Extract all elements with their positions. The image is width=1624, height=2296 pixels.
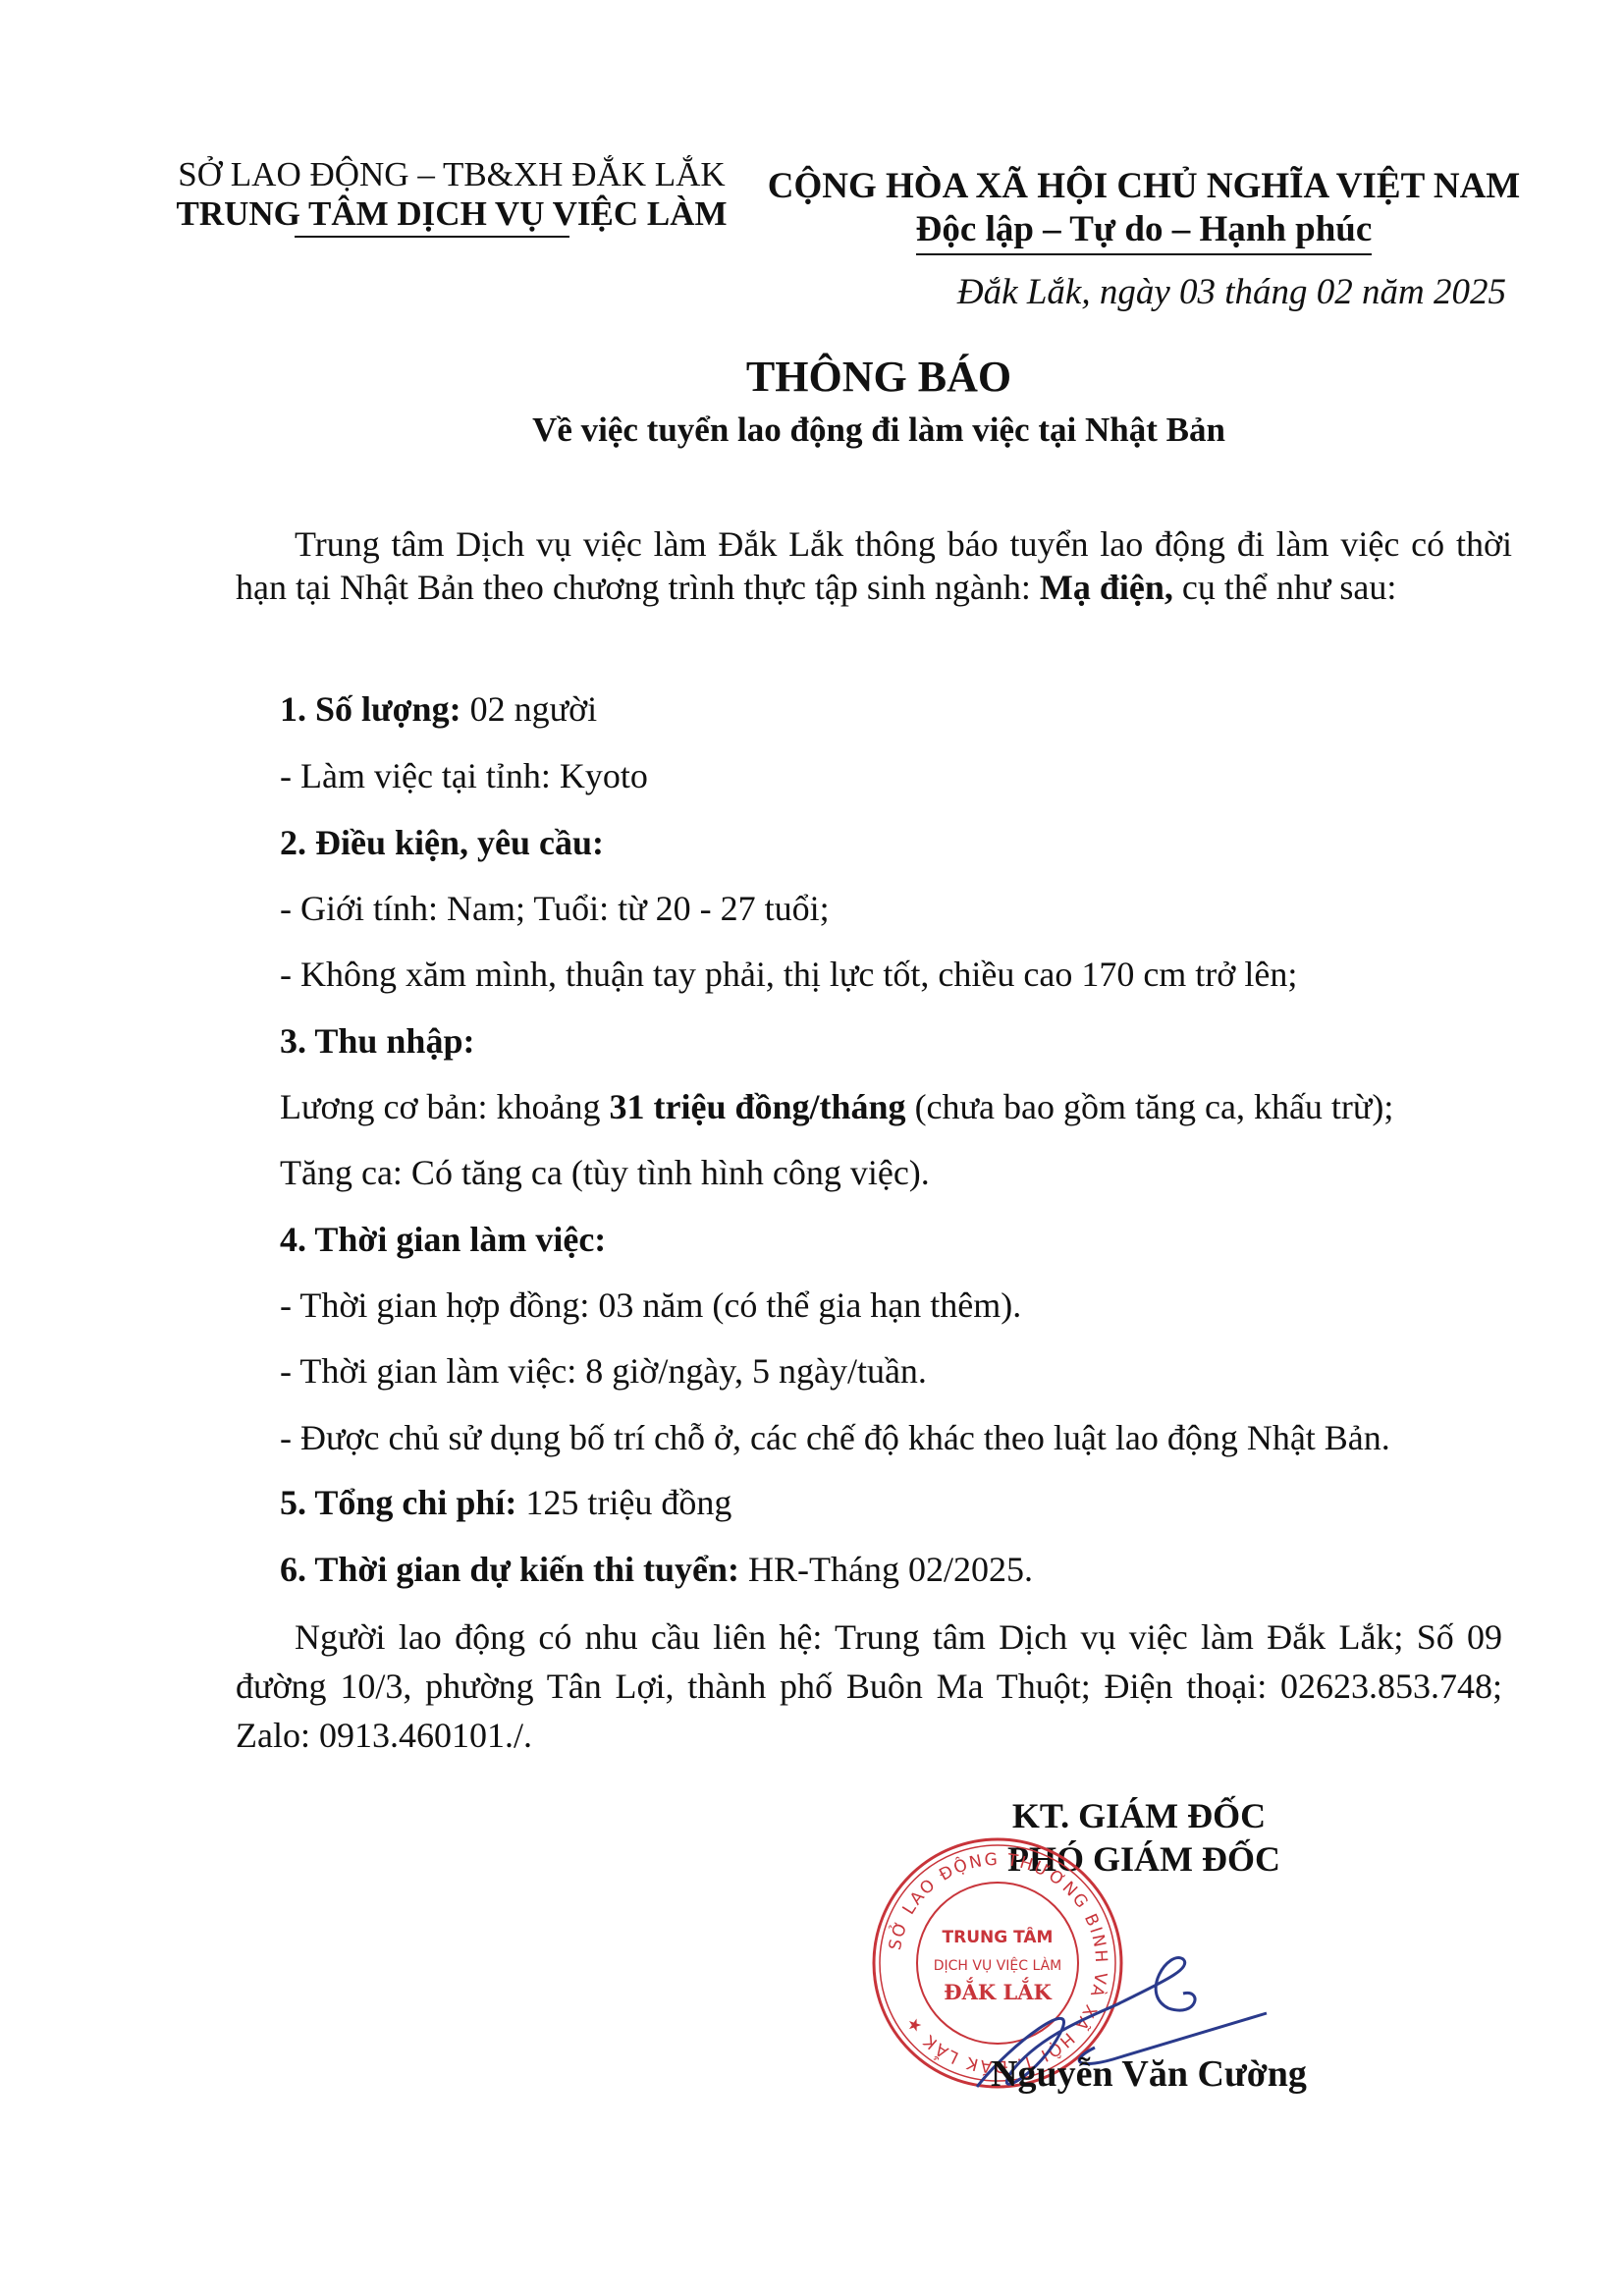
section-total-cost: 5. Tổng chi phí: 125 triệu đồng [280, 1481, 731, 1524]
salary-amount: 31 triệu đồng/tháng [610, 1087, 906, 1126]
contact-paragraph: Người lao động có nhu cầu liên hệ: Trung… [236, 1613, 1502, 1760]
document-title: THÔNG BÁO [0, 352, 1624, 402]
section-working-time-heading: 4. Thời gian làm việc: [280, 1218, 606, 1261]
national-header-block: CỘNG HÒA XÃ HỘI CHỦ NGHĨA VIỆT NAM Độc l… [761, 165, 1527, 255]
document-date: Đắk Lắk, ngày 03 tháng 02 năm 2025 [957, 271, 1506, 313]
ministry-name: SỞ LAO ĐỘNG – TB&XH ĐẮK LẮK [147, 155, 756, 194]
signer-name: Nguyễn Văn Cường [982, 2052, 1316, 2096]
accommodation-benefits: - Được chủ sử dụng bố trí chỗ ở, các chế… [280, 1416, 1390, 1459]
basic-salary: Lương cơ bản: khoảng 31 triệu đồng/tháng… [280, 1085, 1393, 1128]
agency-underline [295, 236, 569, 238]
svg-text:TRUNG TÂM: TRUNG TÂM [943, 1926, 1054, 1947]
contract-duration: - Thời gian hợp đồng: 03 năm (có thể gia… [280, 1284, 1021, 1327]
section-income-heading: 3. Thu nhập: [280, 1019, 474, 1063]
requirement-physical: - Không xăm mình, thuận tay phải, thị lự… [280, 953, 1297, 996]
section-quantity: 1. Số lượng: 02 người [280, 687, 597, 731]
working-hours: - Thời gian làm việc: 8 giờ/ngày, 5 ngày… [280, 1349, 927, 1393]
trade-name: Mạ điện, [1040, 568, 1173, 607]
intro-paragraph: Trung tâm Dịch vụ việc làm Đắk Lắk thông… [236, 522, 1512, 609]
section-requirements-heading: 2. Điều kiện, yêu cầu: [280, 821, 604, 864]
document-subtitle: Về việc tuyển lao động đi làm việc tại N… [0, 410, 1624, 450]
work-location: - Làm việc tại tỉnh: Kyoto [280, 754, 648, 797]
section-exam-time: 6. Thời gian dự kiến thi tuyển: HR-Tháng… [280, 1548, 1033, 1591]
country-name: CỘNG HÒA XÃ HỘI CHỦ NGHĨA VIỆT NAM [761, 165, 1527, 208]
issuing-agency-block: SỞ LAO ĐỘNG – TB&XH ĐẮK LẮK TRUNG TÂM DỊ… [147, 155, 756, 234]
agency-name: TRUNG TÂM DỊCH VỤ VIỆC LÀM [147, 194, 756, 234]
requirement-gender-age: - Giới tính: Nam; Tuổi: từ 20 - 27 tuổi; [280, 887, 830, 930]
national-motto: Độc lập – Tự do – Hạnh phúc [916, 208, 1373, 255]
overtime-info: Tăng ca: Có tăng ca (tùy tình hình công … [280, 1151, 930, 1194]
signer-title-1: KT. GIÁM ĐỐC [982, 1795, 1296, 1836]
